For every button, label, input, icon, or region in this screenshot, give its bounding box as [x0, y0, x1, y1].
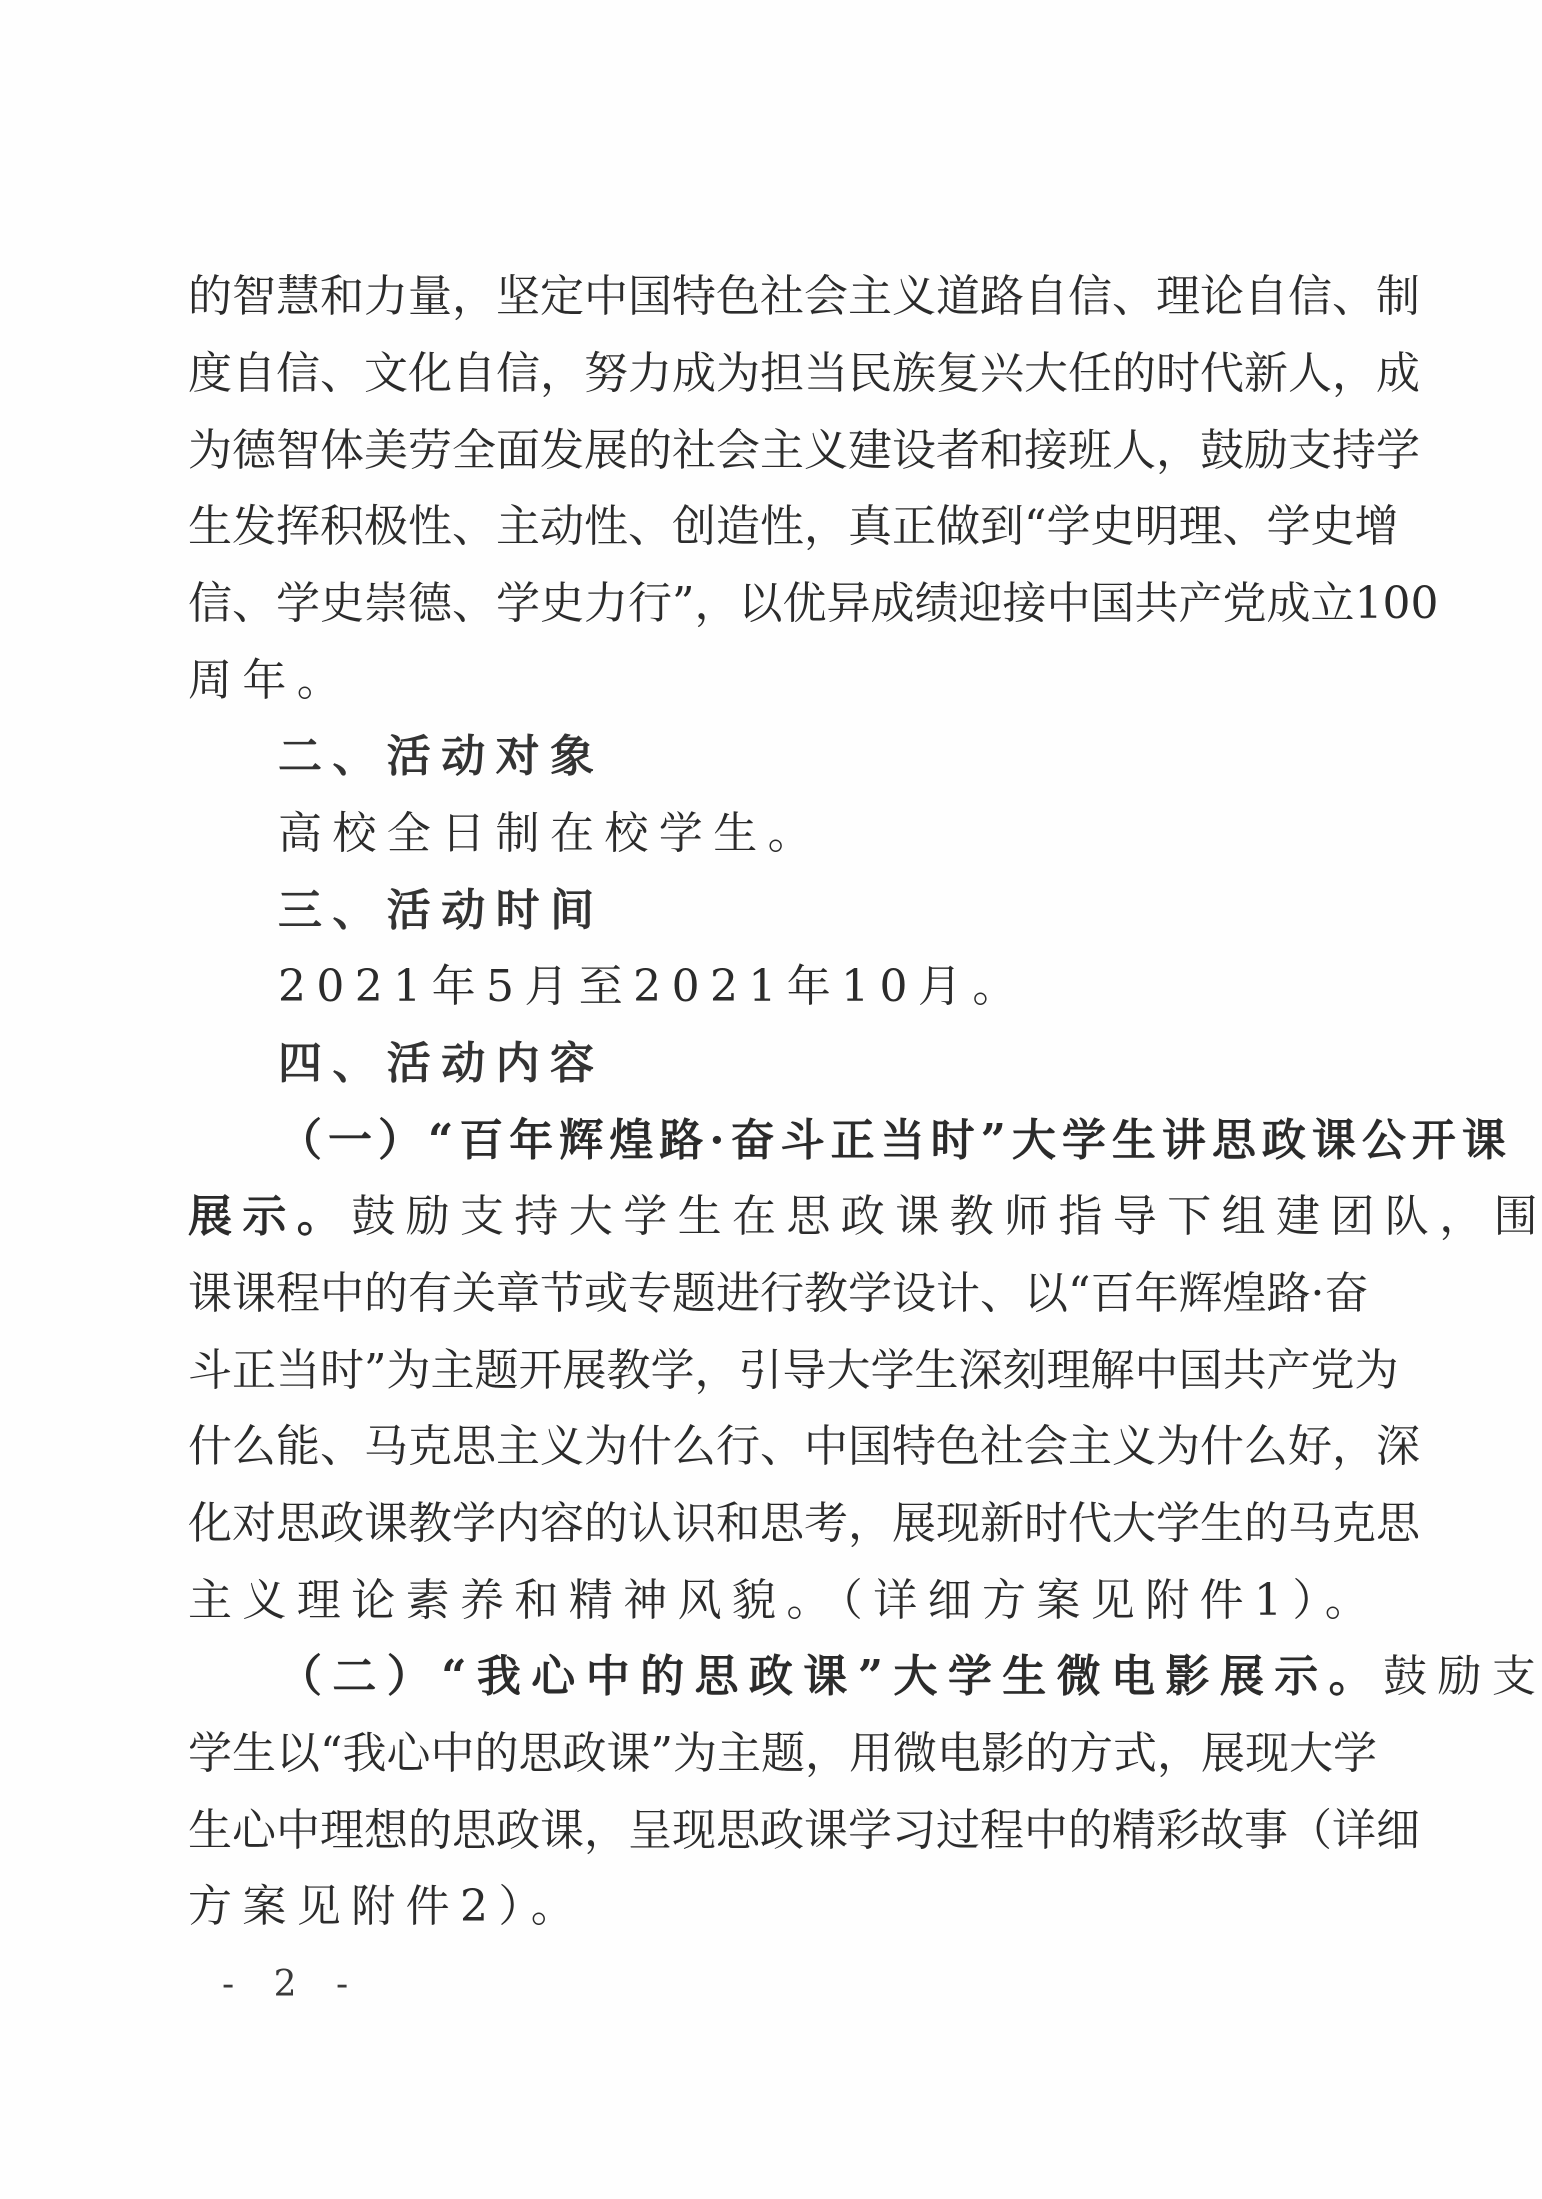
- section-body-target: 高校全日制在校学生。: [278, 804, 1440, 864]
- body-text-line: 生发挥积极性、主动性、创造性，真正做到“学史明理、学史增: [188, 497, 1350, 557]
- page-number: - 2 -: [222, 1962, 362, 2008]
- item2-title: （二）“我心中的思政课”大学生微电影展示。: [278, 1651, 1383, 1702]
- item1-title-tail: 展示。: [188, 1191, 351, 1242]
- section-heading-time: 三、活动时间: [278, 881, 1440, 941]
- body-text-line: 方案见附件2）。: [188, 1877, 1350, 1937]
- body-text-line: 的智慧和力量，坚定中国特色社会主义道路自信、理论自信、制: [188, 267, 1350, 327]
- body-text-line: 什么能、马克思主义为什么行、中国特色社会主义为什么好，深: [188, 1417, 1350, 1477]
- section-heading-content: 四、活动内容: [278, 1034, 1440, 1094]
- item1-first-line: 展示。鼓励支持大学生在思政课教师指导下组建团队，围绕思政: [188, 1187, 1350, 1247]
- document-page: 的智慧和力量，坚定中国特色社会主义道路自信、理论自信、制 度自信、文化自信，努力…: [0, 0, 1542, 2199]
- item1-title: （一）“百年辉煌路·奋斗正当时”大学生讲思政课公开课: [278, 1111, 1350, 1171]
- body-text-line: 课课程中的有关章节或专题进行教学设计、以“百年辉煌路·奋: [188, 1264, 1350, 1324]
- body-text-line: 斗正当时”为主题开展教学，引导大学生深刻理解中国共产党为: [188, 1341, 1350, 1401]
- item1-body-start: 鼓励支持大学生在思政课教师指导下组建团队，围绕思政: [351, 1191, 1542, 1242]
- body-text-line: 信、学史崇德、学史力行”，以优异成绩迎接中国共产党成立100: [188, 574, 1350, 634]
- body-text-line: 度自信、文化自信，努力成为担当民族复兴大任的时代新人，成: [188, 344, 1350, 404]
- body-text-line: 为德智体美劳全面发展的社会主义建设者和接班人，鼓励支持学: [188, 421, 1350, 481]
- section-body-time: 2021年5月至2021年10月。: [278, 957, 1440, 1017]
- body-text-line: 周年。: [188, 651, 1350, 711]
- item2-body-start: 鼓励支持大: [1383, 1651, 1542, 1702]
- body-text-line: 主义理论素养和精神风貌。（详细方案见附件1）。: [188, 1571, 1350, 1631]
- body-text-line: 学生以“我心中的思政课”为主题，用微电影的方式，展现大学: [188, 1724, 1350, 1784]
- item2-first-line: （二）“我心中的思政课”大学生微电影展示。鼓励支持大: [278, 1647, 1350, 1707]
- body-text-line: 化对思政课教学内容的认识和思考，展现新时代大学生的马克思: [188, 1494, 1350, 1554]
- body-text-line: 生心中理想的思政课，呈现思政课学习过程中的精彩故事（详细: [188, 1801, 1350, 1861]
- section-heading-target: 二、活动对象: [278, 727, 1440, 787]
